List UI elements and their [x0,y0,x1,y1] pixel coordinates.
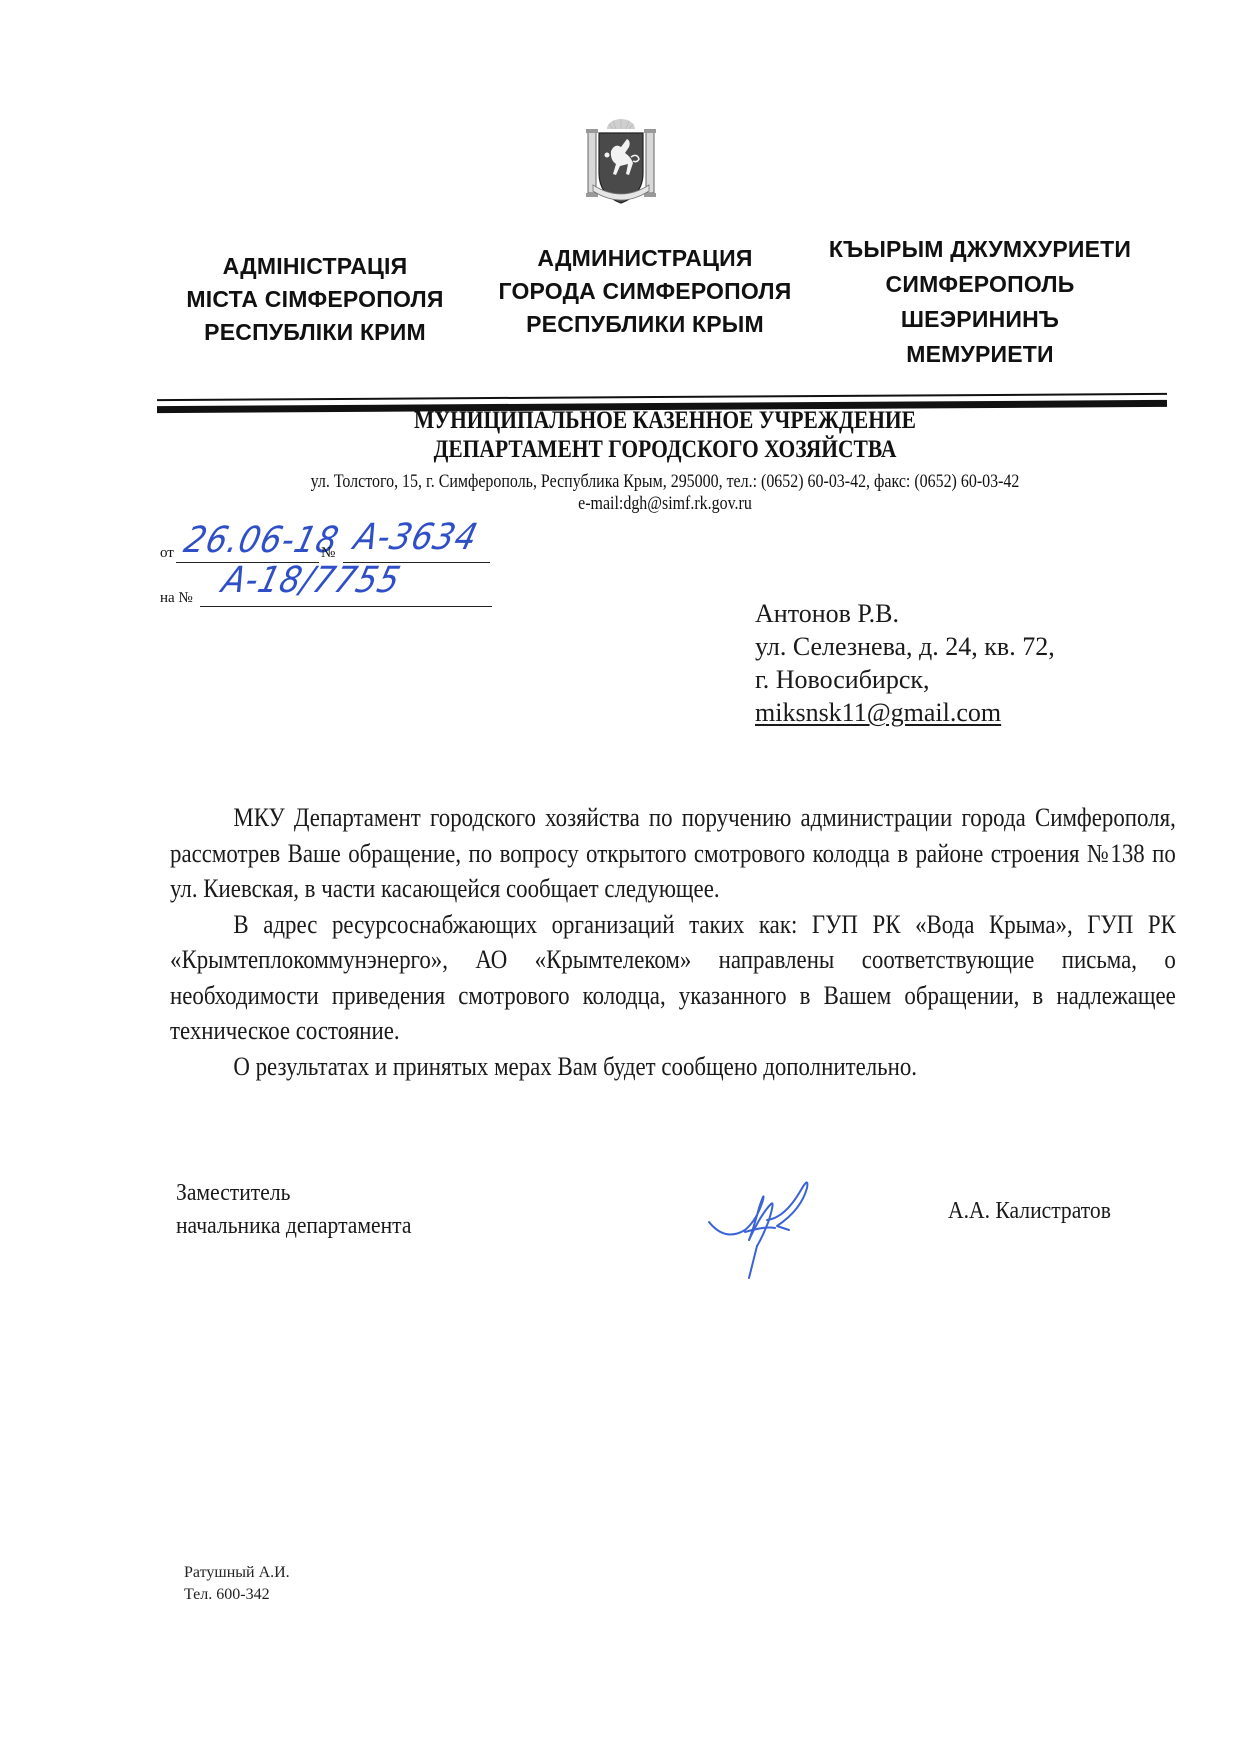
letterhead-russian: АДМИНИСТРАЦИЯ ГОРОДА СИМФЕРОПОЛЯ РЕСПУБЛ… [480,242,810,341]
handwritten-number: А-3634 [350,517,482,558]
letterhead-ru-line: ГОРОДА СИМФЕРОПОЛЯ [480,275,810,308]
executor-block: Ратушный А.И. Тел. 600-342 [184,1562,290,1606]
letterhead-crh-line: ШЕЭРИНИНЪ [820,302,1140,337]
organization-block: МУНИЦИПАЛЬНОЕ КАЗЕННОЕ УЧРЕЖДЕНИЕ ДЕПАРТ… [150,406,1180,515]
letterhead-ua-line: МІСТА СІМФЕРОПОЛЯ [150,283,480,316]
addressee-city: г. Новосибирск, [755,663,1055,696]
addressee-block: Антонов Р.В. ул. Селезнева, д. 24, кв. 7… [755,597,1055,729]
handwritten-reference: А-18/7755 [218,560,405,601]
letterhead-crh-line: СИМФЕРОПОЛЬ [820,267,1140,302]
body-paragraph: В адрес ресурсоснабжающих организаций та… [170,907,1176,1049]
organization-email: e-mail:dgh@simf.rk.gov.ru [232,493,1097,515]
body-paragraph: О результатах и принятых мерах Вам будет… [170,1049,1176,1085]
addressee-email: miksnsk11@gmail.com [755,696,1055,729]
letterhead-crh-line: МЕМУРИЕТИ [820,337,1140,372]
letterhead-crimean-tatar: КЪЫРЫМ ДЖУМХУРИЕТИ СИМФЕРОПОЛЬ ШЕЭРИНИНЪ… [820,232,1140,372]
executor-name: Ратушный А.И. [184,1562,290,1584]
handwritten-signature [705,1170,835,1285]
letter-body: МКУ Департамент городского хозяйства по … [170,800,1176,1084]
letterhead-ukrainian: АДМІНІСТРАЦІЯ МІСТА СІМФЕРОПОЛЯ РЕСПУБЛІ… [150,250,480,349]
letterhead-ru-line: РЕСПУБЛИКИ КРЫМ [480,308,810,341]
organization-title-line1: МУНИЦИПАЛЬНОЕ КАЗЕННОЕ УЧРЕЖДЕНИЕ [222,406,1108,435]
reference-label: на № [160,590,193,607]
reference-underline [200,606,492,607]
signatory-title: Заместитель начальника департамента [176,1177,411,1243]
executor-phone: Тел. 600-342 [184,1584,290,1606]
letter-page: АДМІНІСТРАЦІЯ МІСТА СІМФЕРОПОЛЯ РЕСПУБЛІ… [0,0,1240,1753]
crimea-coat-of-arms-icon [585,115,657,211]
signatory-title-line2: начальника департамента [176,1210,411,1243]
letterhead-ua-line: АДМІНІСТРАЦІЯ [150,250,480,283]
organization-title-line2: ДЕПАРТАМЕНТ ГОРОДСКОГО ХОЗЯЙСТВА [222,435,1108,464]
handwritten-date: 26.06-18 [180,520,343,561]
addressee-street: ул. Селезнева, д. 24, кв. 72, [755,630,1055,663]
signatory-name: А.А. Калистратов [948,1198,1111,1225]
organization-address: ул. Толстого, 15, г. Симферополь, Респуб… [232,470,1097,493]
letterhead-crh-line: КЪЫРЫМ ДЖУМХУРИЕТИ [820,232,1140,267]
letterhead-ua-line: РЕСПУБЛІКИ КРИМ [150,316,480,349]
body-paragraph: МКУ Департамент городского хозяйства по … [170,800,1176,907]
date-label: от [160,545,174,562]
addressee-name: Антонов Р.В. [755,597,1055,630]
letterhead-ru-line: АДМИНИСТРАЦИЯ [480,242,810,275]
signatory-title-line1: Заместитель [176,1177,411,1210]
